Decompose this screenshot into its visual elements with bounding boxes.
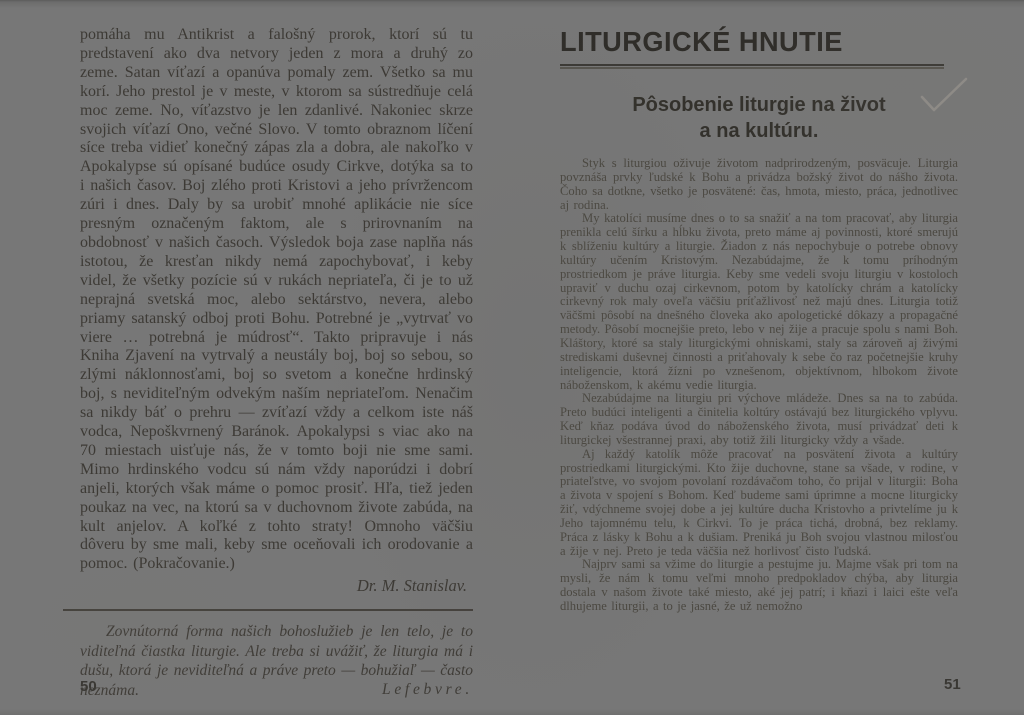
article-body: Styk s liturgiou oživuje životom nadprir… xyxy=(560,157,958,614)
right-page: LITURGICKÉ HNUTIE Pôsobenie liturgie na … xyxy=(560,27,958,614)
article-title-line2: a na kultúru. xyxy=(700,120,819,142)
pencil-checkmark-icon xyxy=(918,76,970,116)
article-title-line1: Pôsobenie liturgie na život xyxy=(632,94,885,116)
article-paragraph: Nezabúdajme na liturgiu pri výchove mlád… xyxy=(560,392,958,447)
article-paragraph: Styk s liturgiou oživuje životom nadprir… xyxy=(560,157,958,212)
article-paragraph: Aj každý katolík môže pracovať na posvät… xyxy=(560,448,958,559)
header-double-rule xyxy=(560,64,944,69)
page-number-right: 51 xyxy=(944,676,961,693)
article-paragraph: My katolíci musíme dnes o to sa snažiť a… xyxy=(560,212,958,392)
section-header: LITURGICKÉ HNUTIE xyxy=(560,27,946,57)
divider-rule xyxy=(63,609,473,611)
book-scan: pomáha mu Antikrist a falošný prorok, kt… xyxy=(0,0,1024,715)
left-page-body-text: pomáha mu Antikrist a falošný prorok, kt… xyxy=(80,26,473,574)
article-paragraph: Najprv sami sa vžime do liturgie a pestu… xyxy=(560,558,958,613)
article-title: Pôsobenie liturgie na život a na kultúru… xyxy=(560,92,958,144)
left-page: pomáha mu Antikrist a falošný prorok, kt… xyxy=(80,26,473,699)
author-signature: Dr. M. Stanislav. xyxy=(80,576,467,596)
page-number-left: 50 xyxy=(80,678,97,695)
